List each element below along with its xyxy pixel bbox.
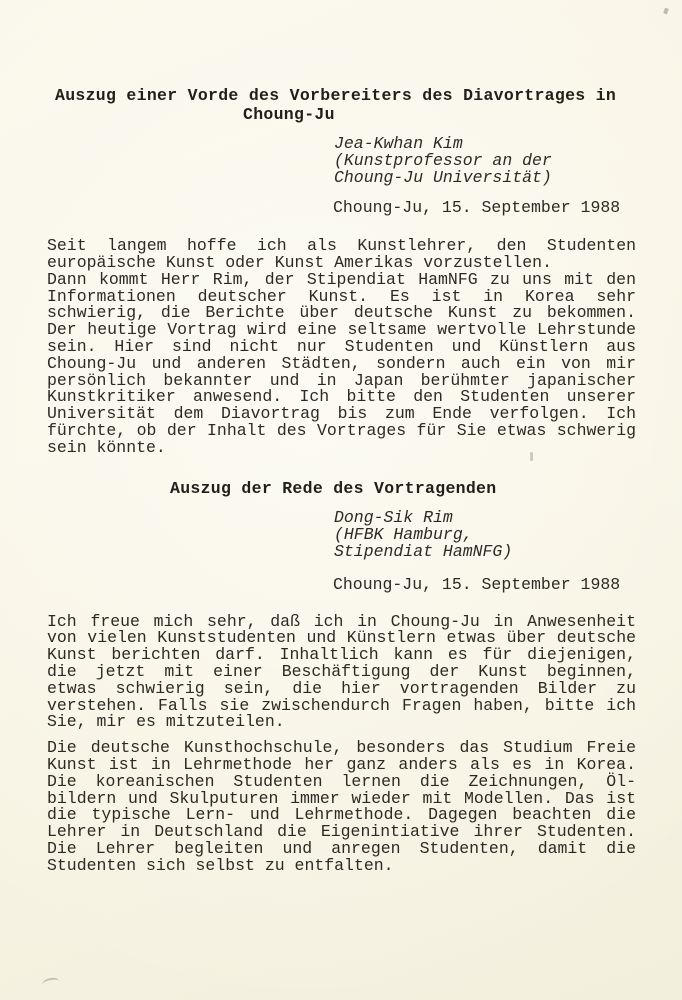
title-line-1: Auszug einer Vorde des Vorbereiters des … [55, 86, 636, 105]
section-2-heading: Auszug der Rede des Vortragenden [170, 481, 636, 498]
paragraph-2: Ich freue mich sehr, daß ich in Choung-J… [47, 614, 636, 732]
text-line: sein könnte. [47, 440, 636, 457]
paper-speck-top-right [663, 7, 669, 14]
paper-speck-middle [530, 452, 533, 461]
text-line: Stipendiat HamNFG) [334, 544, 636, 561]
document-page: Auszug einer Vorde des Vorbereiters des … [0, 0, 682, 1000]
dateline-1: Choung-Ju, 15. September 1988 [333, 200, 636, 217]
text-line: Sie, mir es mitzuteilen. [47, 714, 636, 731]
text-line: Die koreanischen Studenten lernen die Ze… [47, 774, 636, 791]
dateline-2: Choung-Ju, 15. September 1988 [333, 577, 636, 594]
text-line: Studenten sich selbst zu entfalten. [47, 858, 636, 875]
paragraph-3: Die deutsche Kunsthochschule, besonders … [47, 740, 636, 874]
pencil-smudge [41, 977, 59, 989]
text-line: Choung-Ju Universität) [334, 170, 636, 187]
paragraph-1: Seit langem hoffe ich als Kunstlehrer, d… [47, 238, 636, 456]
text-line: etwas schwierig sein, die hier vortragen… [47, 681, 636, 698]
speaker-attribution-1: Jea-Kwhan Kim(Kunstprofessor an derChoun… [334, 136, 636, 186]
speaker-attribution-2: Dong-Sik Rim(HFBK Hamburg,Stipendiat Ham… [334, 510, 636, 560]
document-title: Auszug einer Vorde des Vorbereiters des … [47, 86, 636, 124]
title-line-2: Choung-Ju [243, 105, 636, 124]
